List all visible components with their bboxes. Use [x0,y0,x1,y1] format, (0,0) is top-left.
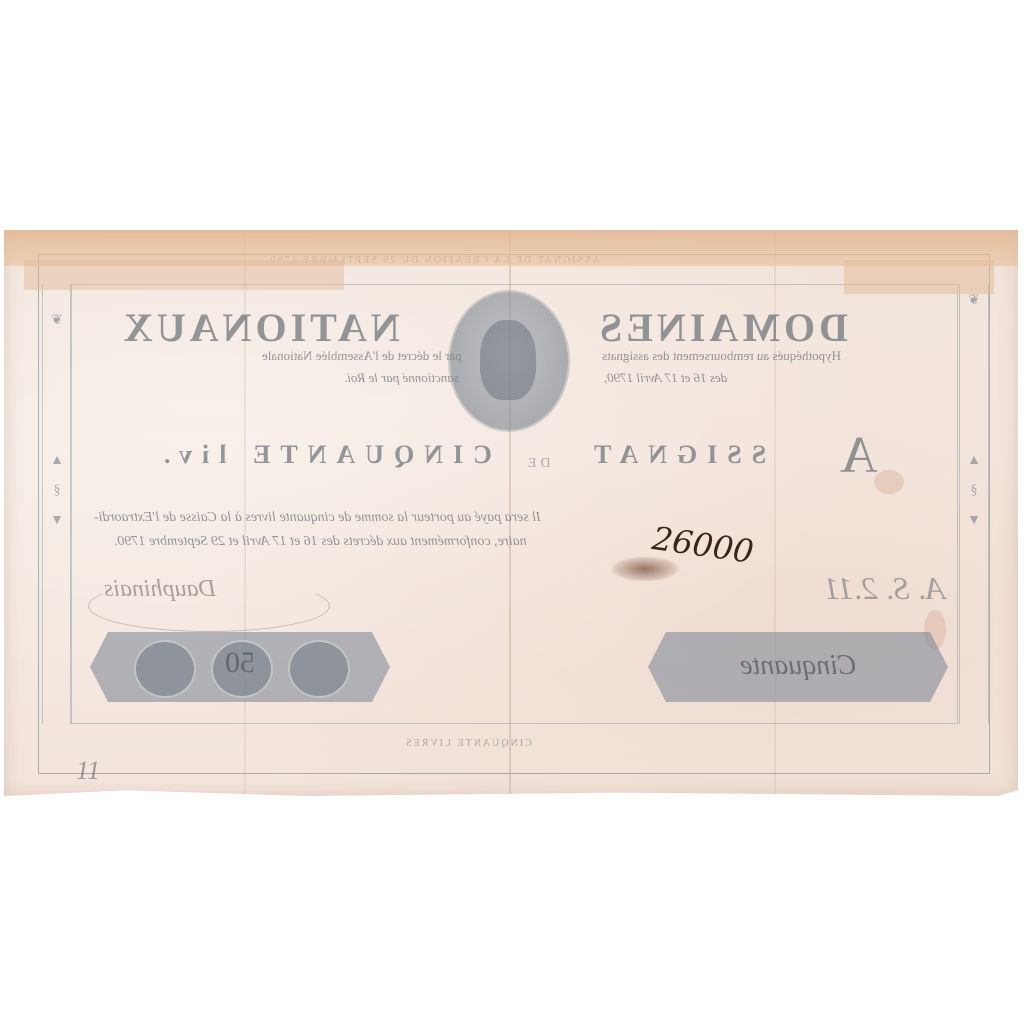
ornament-icon: ❦ [965,294,983,308]
title-domaines: DOMAINES [596,304,848,351]
headline-amount: CINQUANTE liv. [154,440,492,470]
subtitle-right-1: Hypothéqués au remboursement des assigna… [602,348,841,364]
value-cartouche-right: Cinquante [648,632,948,702]
assignat-banknote: ❦ ▲ § ▼ ❦ ▲ § ▼ ASSIGNAT DE LA CRÉATION … [4,230,1018,796]
headline-de: DE [524,456,551,472]
arrow-down-icon: ▼ [965,514,983,528]
ornament-icon: § [48,484,66,498]
ornament-icon: § [965,484,983,498]
arrow-up-icon: ▲ [965,454,983,468]
value-cartouche-left: 50 [90,632,390,702]
series-mark: A. S. 2.11 [824,570,945,607]
ornament-icon: ❦ [48,314,66,328]
arrow-down-icon: ▼ [48,514,66,528]
tape-patch [24,260,344,290]
subtitle-right-2: des 16 et 17 Avril 1790, [604,370,727,386]
tape-patch [844,260,994,294]
portrait-icon [480,320,536,400]
arrow-up-icon: ▲ [48,454,66,468]
title-nationaux: NATIONAUX [120,304,400,351]
ink-stain [610,556,680,582]
right-border-band: ❦ ▲ § ▼ [959,284,989,724]
body-line-2: naire, conformément aux décrets des 16 e… [114,534,527,550]
subtitle-left-2: sanctionné par le Roi. [344,370,459,386]
bottom-border-text: CINQUANTE LIVRES [404,738,724,756]
body-line-1: Il sera payé au porteur la somme de cinq… [94,510,541,526]
king-portrait-medallion [450,292,568,430]
signature: Dauphinais [104,576,216,603]
headline-assignat: SSIGNAT [584,440,766,470]
pencil-mark: 11 [76,756,100,786]
subtitle-left-1: par le décret de l'Assemblée Nationale [262,348,462,364]
left-border-band: ❦ ▲ § ▼ [42,284,72,724]
cartouche-value: 50 [90,646,390,680]
cartouche-text: Cinquante [648,650,948,682]
headline-initial: A [840,426,878,485]
